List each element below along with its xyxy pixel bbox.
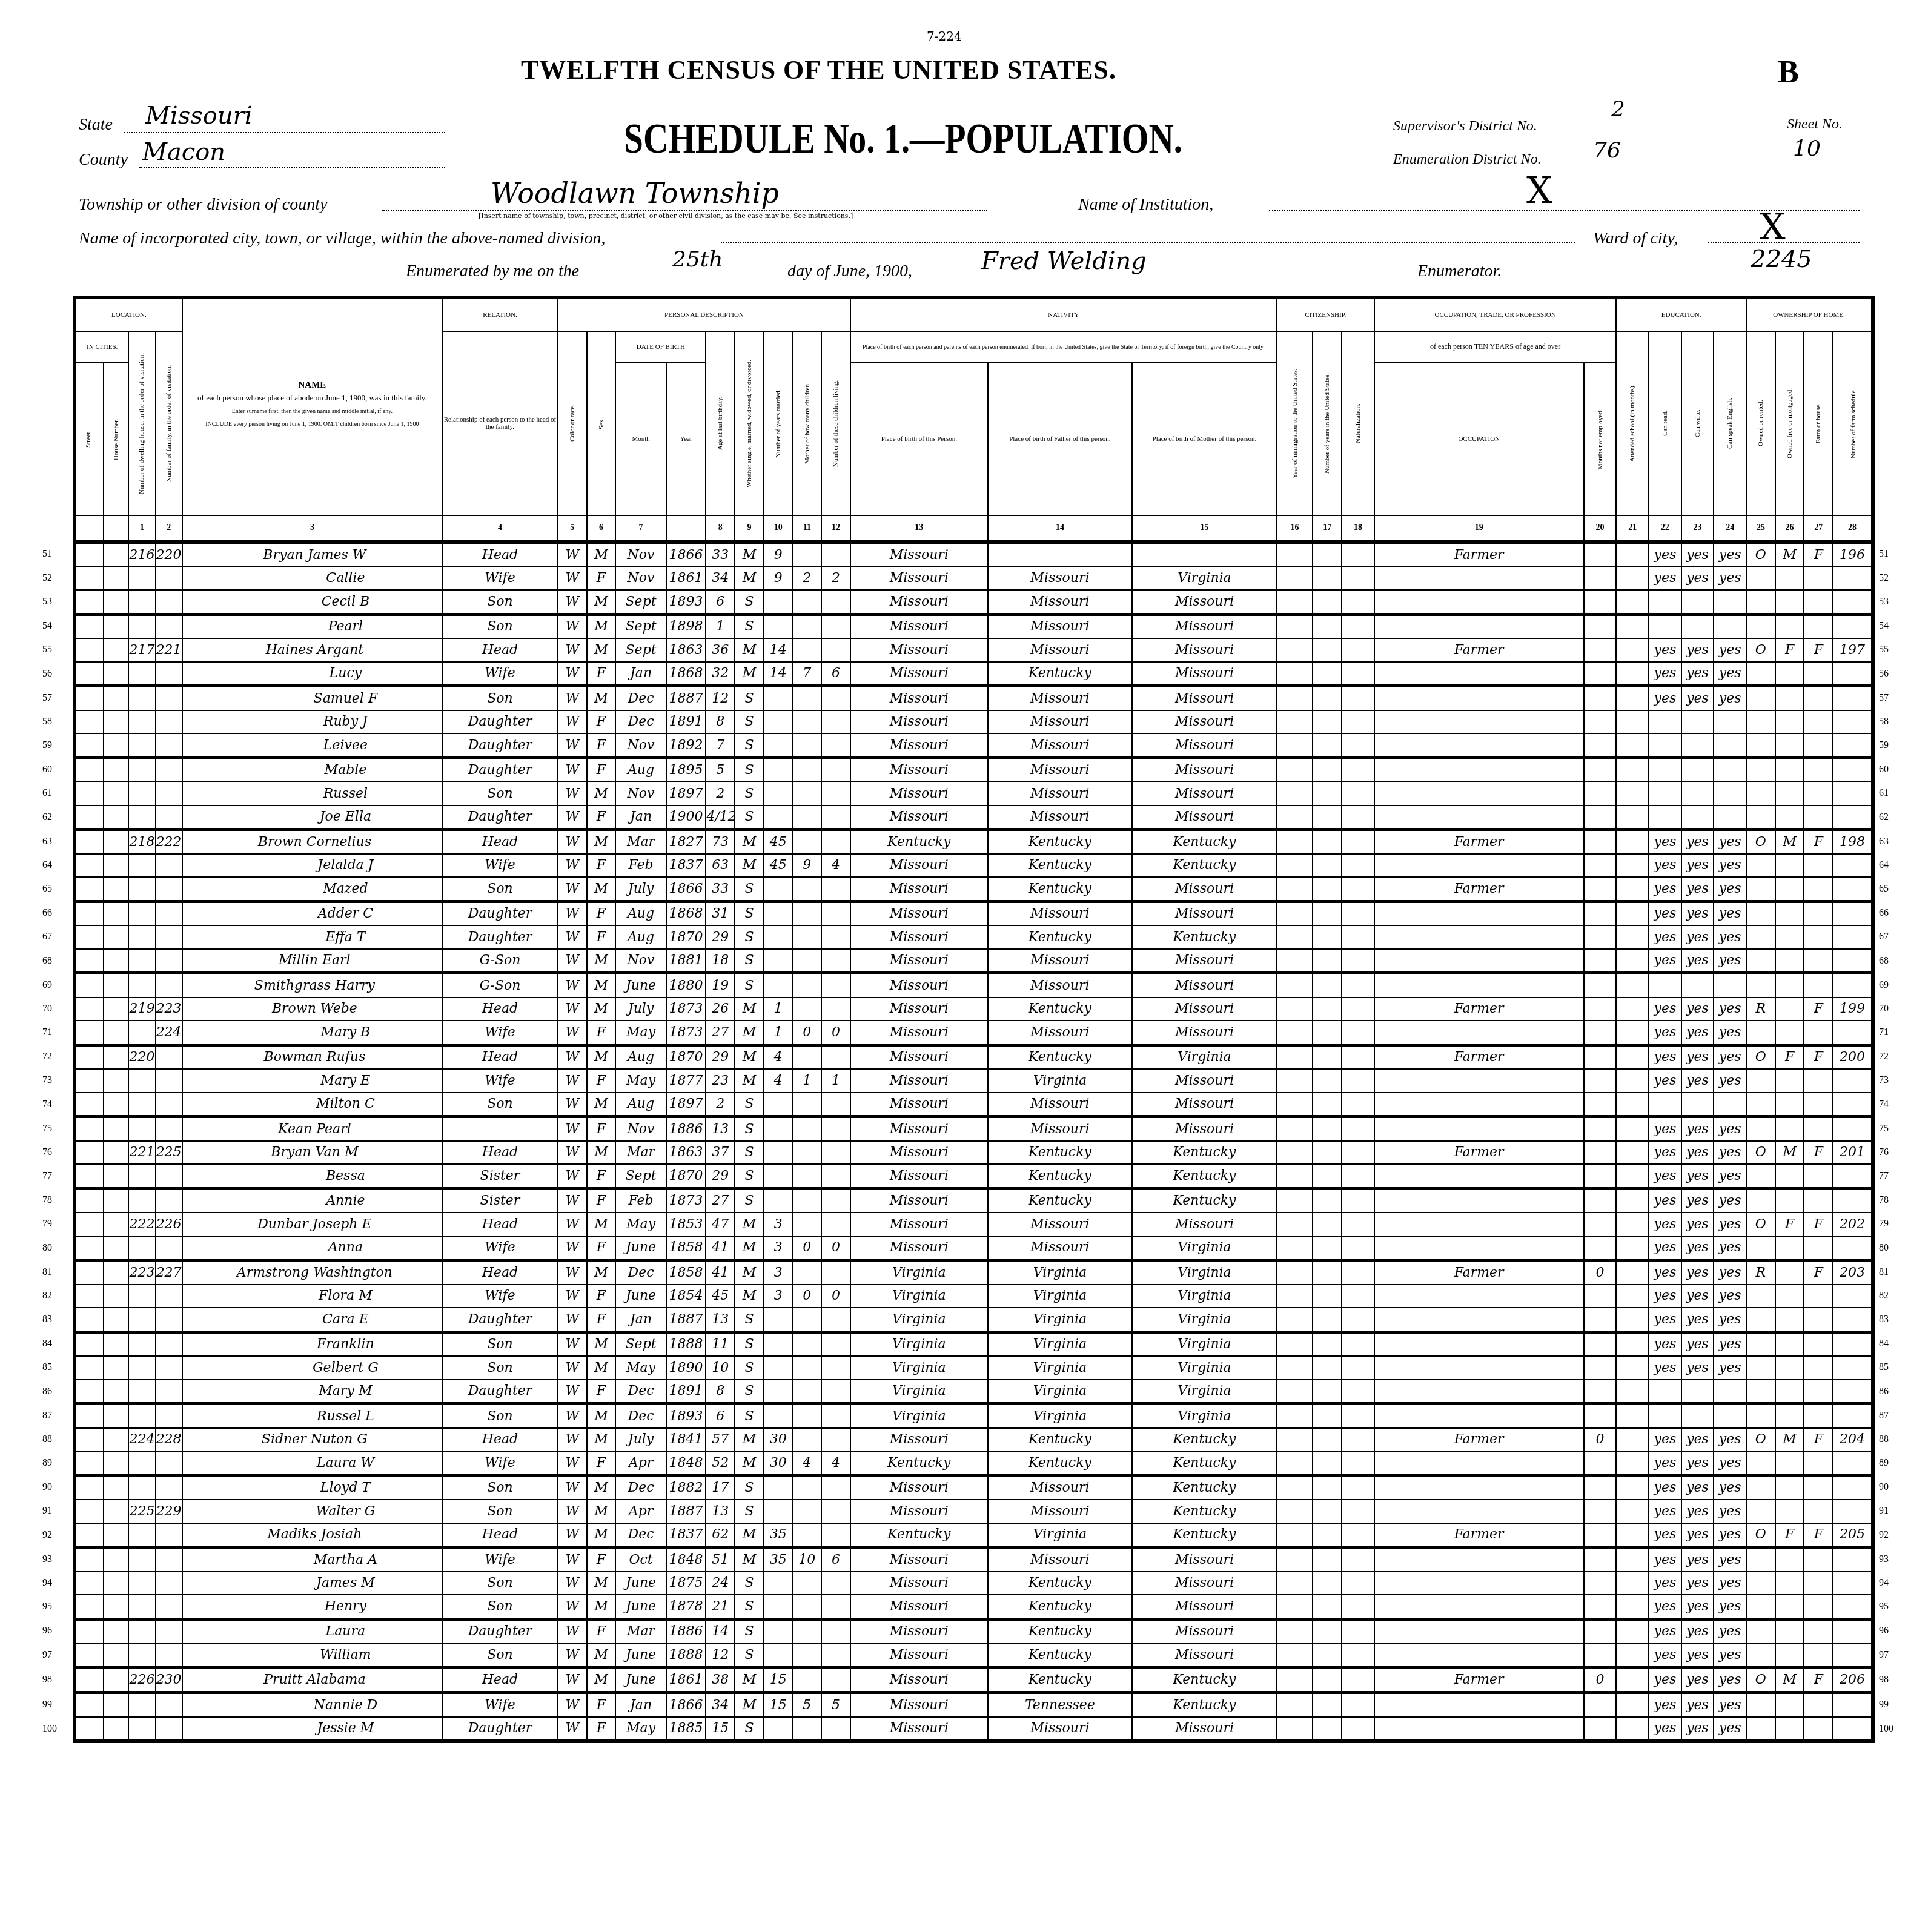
cell-immigration [1277, 973, 1313, 997]
cell-owned [1746, 1475, 1775, 1500]
cell-living [821, 1500, 850, 1523]
cell-mortgage [1775, 1717, 1804, 1742]
cell-dwelling [128, 567, 155, 591]
cell-read: yes [1649, 1572, 1681, 1595]
cell-name: Russel [182, 782, 442, 806]
cell-read: yes [1649, 1500, 1681, 1523]
cell-owned [1746, 1572, 1775, 1595]
can-read-header: Can read. [1649, 331, 1681, 515]
cell-mother_of [793, 1141, 822, 1165]
cell-relation: Daughter [442, 901, 558, 925]
cell-father: Kentucky [988, 1188, 1133, 1212]
cell-yrs_married [764, 758, 793, 782]
cell-marital: M [735, 1285, 764, 1308]
cell-mother_of [793, 614, 822, 638]
cell-mother_of: 0 [793, 1021, 822, 1045]
cell-unemployed [1584, 1619, 1617, 1643]
cell-dwelling [128, 1547, 155, 1572]
cell-read: yes [1649, 1236, 1681, 1260]
cell-age: 7 [706, 733, 735, 758]
cell-birth: Missouri [850, 1093, 988, 1117]
cell-year: 1887 [666, 1308, 706, 1332]
line-number: 61 [1879, 788, 1889, 799]
cell-unemployed [1584, 782, 1617, 806]
cell-school [1616, 901, 1649, 925]
cell-mother: Virginia [1132, 1285, 1277, 1308]
cell-yrs_married [764, 686, 793, 710]
cell-living [821, 1164, 850, 1188]
cell-mother: Missouri [1132, 901, 1277, 925]
cell-father: Virginia [988, 1523, 1133, 1547]
cell-school [1616, 1380, 1649, 1404]
cell-write [1681, 758, 1714, 782]
cell-name: Flora M [182, 1285, 442, 1308]
cell-street [75, 1380, 104, 1404]
cell-farm [1804, 733, 1833, 758]
line-number: 62 [42, 812, 52, 823]
cell-unemployed [1584, 1332, 1617, 1356]
cell-occupation [1374, 1404, 1584, 1428]
cell-year: 1891 [666, 1380, 706, 1404]
cell-yrs_married: 9 [764, 567, 793, 591]
cell-marital: S [735, 590, 764, 614]
cell-school [1616, 877, 1649, 901]
cell-speak: yes [1714, 1045, 1746, 1069]
cell-name: Russel L [182, 1404, 442, 1428]
cell-father: Kentucky [988, 925, 1133, 949]
cell-naturalization [1342, 1667, 1374, 1693]
line-number: 75 [1879, 1123, 1889, 1134]
cell-occupation: Farmer [1374, 638, 1584, 662]
cell-living: 4 [821, 1451, 850, 1475]
cell-name: Adder C [182, 901, 442, 925]
cell-yrs_married [764, 901, 793, 925]
cell-relation: Head [442, 1260, 558, 1285]
cell-occupation: Farmer [1374, 1667, 1584, 1693]
cell-relation: Wife [442, 1693, 558, 1717]
cell-marital: S [735, 1356, 764, 1380]
cell-birth: Missouri [850, 1236, 988, 1260]
cell-mother: Kentucky [1132, 1164, 1277, 1188]
can-speak-header: Can speak English. [1714, 331, 1746, 515]
cell-year: 1878 [666, 1595, 706, 1619]
cell-naturalization [1342, 1260, 1374, 1285]
cell-mortgage [1775, 1332, 1804, 1356]
cell-birth: Missouri [850, 1212, 988, 1236]
cell-unemployed [1584, 1045, 1617, 1069]
cell-owned [1746, 854, 1775, 878]
cell-father: Missouri [988, 710, 1133, 734]
street-header: Street. [75, 363, 104, 515]
line-number: 63 [1879, 836, 1889, 847]
cell-marital: M [735, 1045, 764, 1069]
cell-schedule [1833, 1595, 1873, 1619]
cell-marital: S [735, 758, 764, 782]
cell-owned [1746, 1547, 1775, 1572]
cell-farm [1804, 1356, 1833, 1380]
line-number: 79 [42, 1219, 52, 1229]
cell-write [1681, 590, 1714, 614]
cell-age: 38 [706, 1667, 735, 1693]
cell-owned: O [1746, 1523, 1775, 1547]
cell-relation: Wife [442, 567, 558, 591]
cell-month: May [615, 1069, 666, 1093]
cell-color: W [558, 1451, 587, 1475]
line-number: 72 [1879, 1051, 1889, 1062]
line-number: 54 [42, 621, 52, 632]
cell-street [75, 1308, 104, 1332]
cell-relation: Head [442, 997, 558, 1021]
line-number: 69 [1879, 980, 1889, 991]
cell-dwelling [128, 1021, 155, 1045]
cell-immigration [1277, 1404, 1313, 1428]
cell-schedule [1833, 925, 1873, 949]
township-note: [Insert name of township, town, precinct… [479, 212, 853, 220]
cell-sex: M [587, 997, 616, 1021]
cell-mother_of [793, 1572, 822, 1595]
census-row: 226230Pruitt AlabamaHeadWMJune186138M15M… [75, 1667, 1873, 1693]
column-number: 14 [988, 515, 1133, 542]
cell-family [156, 1380, 182, 1404]
cell-color: W [558, 901, 587, 925]
years-us-header: Number of years in the United States. [1313, 331, 1342, 515]
census-row: Cecil BSonWMSept18936SMissouriMissouriMi… [75, 590, 1873, 614]
cell-year: 1885 [666, 1717, 706, 1742]
cell-immigration [1277, 733, 1313, 758]
cell-speak: yes [1714, 1021, 1746, 1045]
cell-birth: Missouri [850, 1188, 988, 1212]
relation-desc-header: Relationship of each person to the head … [442, 331, 558, 515]
cell-mortgage: F [1775, 1045, 1804, 1069]
line-number: 84 [42, 1338, 52, 1349]
cell-mother: Missouri [1132, 1572, 1277, 1595]
cell-occupation [1374, 733, 1584, 758]
cell-yrs_married: 15 [764, 1693, 793, 1717]
cell-yrs_married: 14 [764, 638, 793, 662]
cell-school [1616, 1212, 1649, 1236]
cell-immigration [1277, 1188, 1313, 1212]
cell-name: Mary E [182, 1069, 442, 1093]
can-write-header: Can write. [1681, 331, 1714, 515]
cell-street [75, 973, 104, 997]
cell-family [156, 949, 182, 973]
cell-birth: Virginia [850, 1285, 988, 1308]
cell-sex: F [587, 662, 616, 686]
cell-school [1616, 830, 1649, 854]
cell-yrs_married [764, 733, 793, 758]
cell-mother_of [793, 1045, 822, 1069]
cell-father: Missouri [988, 1093, 1133, 1117]
cell-naturalization [1342, 1069, 1374, 1093]
cell-family [156, 1572, 182, 1595]
cell-unemployed [1584, 901, 1617, 925]
line-number: 67 [1879, 931, 1889, 942]
cell-naturalization [1342, 590, 1374, 614]
cell-family: 225 [156, 1141, 182, 1165]
cell-immigration [1277, 1451, 1313, 1475]
cell-mortgage [1775, 1619, 1804, 1643]
cell-school [1616, 1619, 1649, 1643]
cell-birth: Missouri [850, 1667, 988, 1693]
cell-school [1616, 638, 1649, 662]
cell-month: July [615, 997, 666, 1021]
cell-relation: Wife [442, 662, 558, 686]
cell-mortgage [1775, 1069, 1804, 1093]
cell-age: 13 [706, 1308, 735, 1332]
cell-schedule [1833, 1236, 1873, 1260]
cell-mortgage [1775, 1380, 1804, 1404]
city-label: Name of incorporated city, town, or vill… [79, 229, 605, 248]
cell-birth: Missouri [850, 710, 988, 734]
cell-sex: M [587, 590, 616, 614]
cell-unemployed [1584, 733, 1617, 758]
cell-living [821, 1619, 850, 1643]
cell-year: 1886 [666, 1117, 706, 1141]
cell-relation: Daughter [442, 710, 558, 734]
cell-house [104, 806, 129, 830]
cell-name: Jelalda J [182, 854, 442, 878]
cell-age: 23 [706, 1069, 735, 1093]
cell-age: 52 [706, 1451, 735, 1475]
cell-speak [1714, 1404, 1746, 1428]
cell-sex: F [587, 1021, 616, 1045]
line-number: 97 [1879, 1650, 1889, 1661]
cell-dwelling [128, 1693, 155, 1717]
cell-relation: Son [442, 1093, 558, 1117]
cell-relation: Son [442, 877, 558, 901]
cell-father: Virginia [988, 1380, 1133, 1404]
cell-month: Dec [615, 1260, 666, 1285]
cell-unemployed [1584, 1236, 1617, 1260]
cell-family [156, 1093, 182, 1117]
cell-years_us [1313, 1332, 1342, 1356]
cell-relation: Head [442, 1523, 558, 1547]
cell-living [821, 1643, 850, 1667]
cell-farm [1804, 1572, 1833, 1595]
cell-house [104, 1117, 129, 1141]
cell-name: Bryan Van M [182, 1141, 442, 1165]
cell-schedule: 199 [1833, 997, 1873, 1021]
cell-immigration [1277, 1069, 1313, 1093]
cell-farm [1804, 1717, 1833, 1742]
cell-sex: M [587, 1093, 616, 1117]
cell-write: yes [1681, 1045, 1714, 1069]
cell-naturalization [1342, 1045, 1374, 1069]
cell-school [1616, 1717, 1649, 1742]
cell-father: Missouri [988, 733, 1133, 758]
cell-dwelling [128, 1523, 155, 1547]
cell-family [156, 1188, 182, 1212]
cell-yrs_married: 35 [764, 1523, 793, 1547]
cell-street [75, 662, 104, 686]
column-number: 24 [1714, 515, 1746, 542]
cell-year: 1866 [666, 542, 706, 567]
cell-living [821, 590, 850, 614]
cell-school [1616, 1045, 1649, 1069]
cell-street [75, 733, 104, 758]
cell-age: 21 [706, 1595, 735, 1619]
cell-color: W [558, 638, 587, 662]
cell-year: 1893 [666, 590, 706, 614]
cell-occupation [1374, 590, 1584, 614]
cell-name: Anna [182, 1236, 442, 1260]
cell-schedule [1833, 877, 1873, 901]
cell-street [75, 1285, 104, 1308]
cell-school [1616, 662, 1649, 686]
census-row: Kean PearlWFNov188613SMissouriMissouriMi… [75, 1117, 1873, 1141]
cell-school [1616, 1141, 1649, 1165]
cell-month: Sept [615, 1164, 666, 1188]
cell-immigration [1277, 1643, 1313, 1667]
cell-schedule: 204 [1833, 1428, 1873, 1452]
line-number: 71 [42, 1027, 52, 1038]
cell-mother_of: 4 [793, 1451, 822, 1475]
cell-street [75, 1643, 104, 1667]
cell-marital: M [735, 1547, 764, 1572]
cell-birth: Missouri [850, 949, 988, 973]
cell-month: Apr [615, 1451, 666, 1475]
census-row: LauraDaughterWFMar188614SMissouriKentuck… [75, 1619, 1873, 1643]
cell-write: yes [1681, 662, 1714, 686]
cell-schedule: 201 [1833, 1141, 1873, 1165]
cell-mother_of [793, 1093, 822, 1117]
cell-occupation [1374, 1332, 1584, 1356]
cell-school [1616, 1236, 1649, 1260]
cell-name: Brown Cornelius [182, 830, 442, 854]
line-number: 74 [1879, 1099, 1889, 1110]
cell-owned [1746, 1285, 1775, 1308]
cell-mother: Missouri [1132, 590, 1277, 614]
cell-mortgage [1775, 1260, 1804, 1285]
cell-relation: G-Son [442, 949, 558, 973]
cell-name: Bryan James W [182, 542, 442, 567]
cell-read: yes [1649, 1045, 1681, 1069]
enumerated-day: 25th [672, 247, 723, 272]
cell-immigration [1277, 662, 1313, 686]
cell-years_us [1313, 1547, 1342, 1572]
cell-living [821, 782, 850, 806]
cell-family [156, 1308, 182, 1332]
line-number: 89 [1879, 1458, 1889, 1469]
cell-schedule [1833, 1285, 1873, 1308]
cell-dwelling [128, 1356, 155, 1380]
cell-living [821, 997, 850, 1021]
cell-read [1649, 710, 1681, 734]
cell-color: W [558, 1285, 587, 1308]
cell-family [156, 662, 182, 686]
cell-occupation [1374, 1500, 1584, 1523]
cell-occupation [1374, 1236, 1584, 1260]
cell-month: Jan [615, 1308, 666, 1332]
cell-living [821, 1332, 850, 1356]
cell-mother: Kentucky [1132, 1451, 1277, 1475]
population-schedule-table: LOCATION. NAME of each person whose plac… [73, 296, 1875, 1743]
line-number: 93 [42, 1554, 52, 1565]
cell-year: 1882 [666, 1475, 706, 1500]
column-number: 15 [1132, 515, 1277, 542]
personal-description-header: PERSONAL DESCRIPTION [558, 297, 850, 331]
line-number: 97 [42, 1650, 52, 1661]
cell-farm: F [1804, 1260, 1833, 1285]
cell-sex: F [587, 1188, 616, 1212]
cell-read: yes [1649, 638, 1681, 662]
census-row: BessaSisterWFSept187029SMissouriKentucky… [75, 1164, 1873, 1188]
cell-occupation [1374, 614, 1584, 638]
cell-living [821, 686, 850, 710]
cell-birth: Missouri [850, 925, 988, 949]
cell-sex: M [587, 830, 616, 854]
ward-label: Ward of city, [1593, 229, 1678, 248]
cell-relation: Daughter [442, 733, 558, 758]
census-row: Mary EWifeWFMay187723M411MissouriVirgini… [75, 1069, 1873, 1093]
cell-name: Mazed [182, 877, 442, 901]
cell-write: yes [1681, 1212, 1714, 1236]
cell-write: yes [1681, 877, 1714, 901]
line-number: 53 [42, 597, 52, 607]
cell-mother_of [793, 997, 822, 1021]
line-number: 66 [42, 908, 52, 919]
cell-mother: Kentucky [1132, 1428, 1277, 1452]
cell-name: Mable [182, 758, 442, 782]
cell-relation: Daughter [442, 1380, 558, 1404]
cell-schedule [1833, 1643, 1873, 1667]
cell-farm [1804, 973, 1833, 997]
cell-father: Kentucky [988, 1428, 1133, 1452]
cell-name: Henry [182, 1595, 442, 1619]
cell-immigration [1277, 710, 1313, 734]
cell-dwelling: 219 [128, 997, 155, 1021]
cell-living [821, 1308, 850, 1332]
cell-immigration [1277, 877, 1313, 901]
cell-sex: F [587, 758, 616, 782]
cell-relation: Head [442, 542, 558, 567]
line-number: 60 [42, 764, 52, 775]
cell-year: 1863 [666, 638, 706, 662]
cell-unemployed [1584, 997, 1617, 1021]
cell-mother: Missouri [1132, 1717, 1277, 1742]
cell-mortgage: F [1775, 1523, 1804, 1547]
cell-dwelling: 216 [128, 542, 155, 567]
cell-street [75, 638, 104, 662]
cell-relation: Son [442, 686, 558, 710]
cell-father: Kentucky [988, 1451, 1133, 1475]
cell-color: W [558, 1356, 587, 1380]
cell-unemployed [1584, 1547, 1617, 1572]
cell-occupation [1374, 1475, 1584, 1500]
form-code: 7-224 [927, 29, 962, 44]
cell-sex: F [587, 1451, 616, 1475]
cell-color: W [558, 1260, 587, 1285]
line-number: 77 [42, 1171, 52, 1182]
cell-color: W [558, 1717, 587, 1742]
cell-dwelling: 223 [128, 1260, 155, 1285]
cell-naturalization [1342, 1117, 1374, 1141]
cell-naturalization [1342, 1212, 1374, 1236]
cell-month: Dec [615, 1523, 666, 1547]
cell-color: W [558, 1308, 587, 1332]
cell-years_us [1313, 1619, 1342, 1643]
cell-mother: Missouri [1132, 1547, 1277, 1572]
cell-month: June [615, 1595, 666, 1619]
cell-birth: Missouri [850, 1045, 988, 1069]
cell-dwelling [128, 614, 155, 638]
occupation-desc-header: of each person TEN YEARS of age and over [1374, 331, 1617, 363]
cell-name: Sidner Nuton G [182, 1428, 442, 1452]
cell-year: 1866 [666, 1693, 706, 1717]
cell-street [75, 1693, 104, 1717]
cell-birth: Missouri [850, 1547, 988, 1572]
cell-school [1616, 949, 1649, 973]
